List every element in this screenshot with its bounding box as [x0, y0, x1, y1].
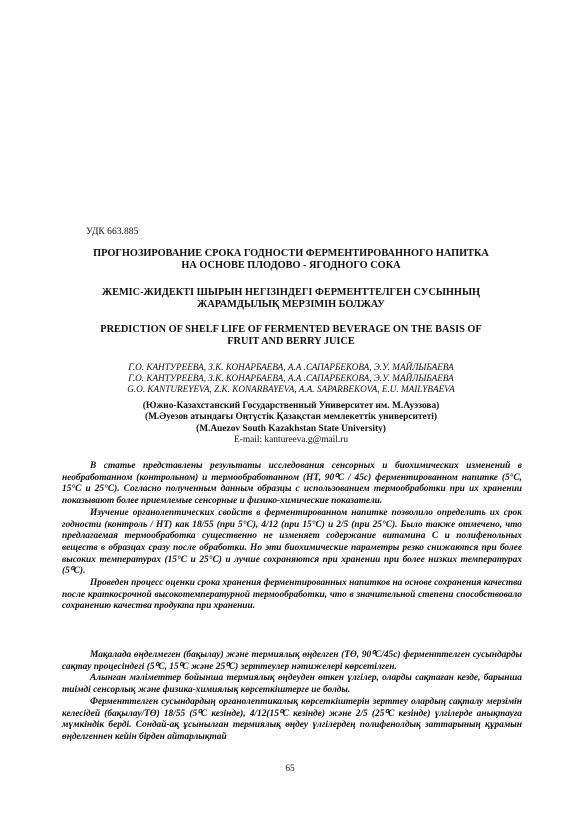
abstract-paragraph: В статье представлены результаты исследо… — [62, 461, 522, 508]
abstract-paragraph: Проведен процесс оценки срока хранения ф… — [62, 578, 522, 613]
title-line: FRUIT AND BERRY JUICE — [60, 336, 522, 348]
title-english: PREDICTION OF SHELF LIFE OF FERMENTED BE… — [60, 324, 522, 349]
title-line: ЖЕМІС-ЖИДЕКТІ ШЫРЫН НЕГІЗІНДЕГІ ФЕРМЕНТТ… — [60, 287, 522, 299]
udk-code: УДК 663.885 — [86, 226, 138, 237]
abstract-paragraph: Ферменттелген сусындардың органолептикал… — [62, 697, 522, 744]
authors-line: Г.О. КАНТУРЕЕВА, З.К. КОНАРБАЕВА, А.А .С… — [60, 373, 522, 384]
email-address: E-mail: kantureeva.g@mail.ru — [60, 435, 522, 446]
affiliation-line: (М.Әуезов атындағы Оңтүстік Қазақстан ме… — [60, 412, 522, 423]
title-line: НА ОСНОВЕ ПЛОДОВО - ЯГОДНОГО СОКА — [60, 260, 522, 272]
authors-line: G.O. KANTUREYEVA, Z.K. KONARBAYEVA, A.A.… — [60, 384, 522, 395]
affiliation-line: (M.Auezov South Kazakhstan State Univers… — [60, 424, 522, 435]
document-page: УДК 663.885 ПРОГНОЗИРОВАНИЕ СРОКА ГОДНОС… — [0, 0, 580, 820]
affiliation-line: (Южно-Казахстанский Государственный Унив… — [60, 401, 522, 412]
title-line: ЖАРАМДЫЛЫҚ МЕРЗІМІН БОЛЖАУ — [60, 299, 522, 311]
abstract-paragraph: Изучение органолептических свойств в фер… — [62, 508, 522, 578]
title-line: ПРОГНОЗИРОВАНИЕ СРОКА ГОДНОСТИ ФЕРМЕНТИР… — [60, 248, 522, 260]
authors-block: Г.О. КАНТУРЕЕВА, З.К. КОНАРБАЕВА, А.А .С… — [60, 362, 522, 396]
authors-line: Г.О. КАНТУРЕЕВА, З.К. КОНАРБАЕВА, А.А .С… — [60, 362, 522, 373]
abstract-paragraph: Алынған мәліметтер бойынша термиялық өңд… — [62, 673, 522, 696]
abstract-kazakh: Мақалада өңделмеген (бақылау) және терми… — [62, 650, 522, 744]
title-line: PREDICTION OF SHELF LIFE OF FERMENTED BE… — [60, 324, 522, 336]
abstract-paragraph: Мақалада өңделмеген (бақылау) және терми… — [62, 650, 522, 673]
affiliation-block: (Южно-Казахстанский Государственный Унив… — [60, 401, 522, 447]
abstract-russian: В статье представлены результаты исследо… — [62, 461, 522, 613]
title-russian: ПРОГНОЗИРОВАНИЕ СРОКА ГОДНОСТИ ФЕРМЕНТИР… — [60, 248, 522, 273]
page-number: 65 — [0, 764, 580, 774]
title-kazakh: ЖЕМІС-ЖИДЕКТІ ШЫРЫН НЕГІЗІНДЕГІ ФЕРМЕНТТ… — [60, 287, 522, 312]
